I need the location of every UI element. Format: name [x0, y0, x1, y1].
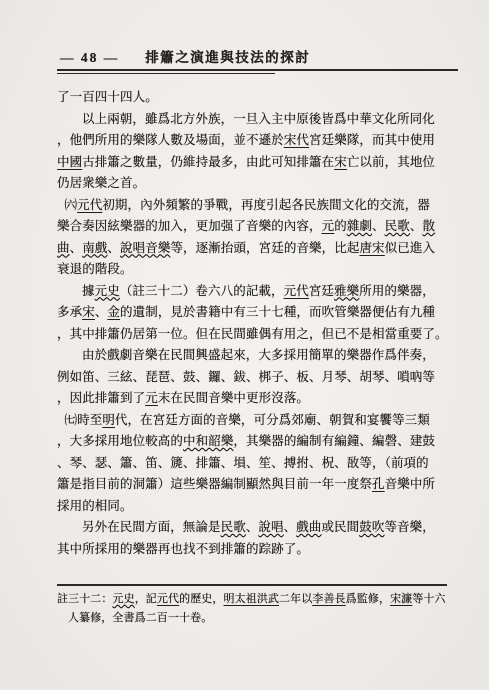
proper-noun-text: 元代: [284, 284, 309, 298]
text-segment: 的遺制，見於書籍中有三十七種，而吹管樂器便佔有九種: [120, 305, 435, 319]
text-segment: 宮廷樂隊，而其中使用: [309, 133, 435, 147]
paragraph: 了一百四十四人。: [57, 87, 447, 109]
text-segment: 亡以前，其地位: [347, 155, 435, 169]
proper-noun-text: 洪武: [257, 593, 279, 605]
text-line: 人纂修，全書爲二百一十卷。: [57, 609, 457, 628]
text-segment: 據: [82, 284, 95, 298]
title-mark-text: 民歌: [385, 219, 410, 233]
running-title: 排簫之演進與技法的探討: [145, 50, 310, 65]
text-segment: ，因此排簫到了: [57, 391, 145, 405]
text-segment: 了一百四十四人。: [57, 90, 158, 104]
title-mark-text: 說唱: [258, 520, 283, 534]
title-mark-text: 民歌: [221, 520, 246, 534]
text-line: 仍居衆樂之首。: [57, 173, 447, 195]
proper-noun-text: 金: [107, 305, 120, 319]
text-line: 中國古排簫之數量，仍維持最多，由此可知排簫在宋亡以前，其地位: [57, 152, 447, 174]
text-line: 簫是指目前的洞簫）這些樂器編制顯然與目前一年一度祭孔音樂中所: [57, 474, 447, 496]
text-segment: 由於戲劇音樂在民間興盛起來，大多採用簡單的樂器作爲伴奏，: [82, 348, 435, 362]
text-line: 、琴、瑟、簫、笛、篪、排簫、塤、笙、搏拊、柷、敔等，（前項的: [57, 453, 447, 475]
text-segment: ，其中排簫仍居第一位。但在民間雖偶有用之，但已不是相當重要了。: [57, 327, 448, 341]
proper-noun-text: 李善長: [312, 593, 345, 605]
paragraph: ㈦時至明代，在宮廷方面的音樂，可分爲郊廟、朝賀和宴饗等三類，大多採用地位較高的中…: [57, 410, 447, 518]
text-line: ，其中排簫仍居第一位。但在民間雖偶有用之，但已不是相當重要了。: [57, 324, 447, 346]
text-line: 以上兩朝，雖爲北方外族，一旦入主中原後皆爲中華文化所同化: [57, 109, 447, 131]
proper-noun-text: 唐宋: [359, 241, 384, 255]
title-mark-text: 鼓吹: [359, 520, 384, 534]
title-mark-text: 戲曲: [296, 520, 321, 534]
paragraph: ㈥元代初期，內外頻繁的爭戰，再度引起各民族間文化的交流，器樂合奏因絃樂器的加入，…: [57, 195, 447, 281]
title-mark-text: 雅樂: [334, 284, 359, 298]
text-line: 多承宋、金的遺制，見於書籍中有三十七種，而吹管樂器便佔有九種: [57, 302, 447, 324]
text-segment: 、: [246, 520, 259, 534]
footnote-rule: [57, 584, 447, 586]
text-segment: 等，逐漸抬頭，宮廷的音樂，比起: [170, 241, 359, 255]
text-line: 由於戲劇音樂在民間興盛起來，大多採用簡單的樂器作爲伴奏，: [57, 345, 447, 367]
proper-noun-text: 元代: [157, 593, 179, 605]
text-segment: 、琴、瑟、簫、笛、篪、排簫、塤、笙、搏拊、柷、敔等，（前項的: [57, 456, 429, 470]
proper-noun-text: 孔: [372, 477, 385, 491]
text-segment: 註三十二：: [57, 593, 113, 605]
text-segment: 宮廷: [309, 284, 334, 298]
text-segment: ㈦時至: [65, 413, 103, 427]
text-segment: 樂合奏因絃樂器的加入，更加强了音樂的內容，: [57, 219, 322, 233]
text-segment: 例如笛、三絃、琵琶、鼓、鑼、鈸、梆子、板、月琴、胡琴、嗩吶等: [57, 370, 435, 384]
text-segment: 、: [372, 219, 385, 233]
proper-noun-text: 宋代: [284, 133, 309, 147]
text-segment: 、: [284, 520, 297, 534]
body-text: 了一百四十四人。以上兩朝，雖爲北方外族，一旦入主中原後皆爲中華文化所同化，他們所…: [57, 87, 447, 560]
proper-noun-text: 元代: [77, 198, 102, 212]
text-segment: ，他們所用的樂隊人數及場面，並不遜於: [57, 133, 284, 147]
text-line: ㈦時至明代，在宮廷方面的音樂，可分爲郊廟、朝賀和宴饗等三類: [57, 410, 447, 432]
paragraph: 以上兩朝，雖爲北方外族，一旦入主中原後皆爲中華文化所同化，他們所用的樂隊人數及場…: [57, 109, 447, 195]
text-line: ，大多採用地位較高的中和韶樂，其樂器的編制有編鐘、編磬、建鼓: [57, 431, 447, 453]
text-segment: 仍居衆樂之首。: [57, 176, 145, 190]
text-line: 了一百四十四人。: [57, 87, 447, 109]
text-segment: 的: [334, 219, 347, 233]
proper-noun-text: 元: [322, 219, 335, 233]
title-mark-text: 元史: [113, 593, 135, 605]
proper-noun-text: 元: [145, 391, 158, 405]
text-segment: 、: [70, 241, 83, 255]
paragraph: 另外在民間方面，無論是民歌、說唱、戲曲或民間鼓吹等音樂，其中所採用的樂器再也找不…: [57, 517, 447, 560]
text-segment: 人纂修，全書爲二百一十卷。: [68, 612, 212, 624]
proper-noun-text: 明: [102, 413, 115, 427]
header-rule-secondary: [57, 73, 275, 74]
text-segment: 、: [95, 305, 108, 319]
text-line: ㈥元代初期，內外頻繁的爭戰，再度引起各民族間文化的交流，器: [57, 195, 447, 217]
text-segment: 似已進入: [385, 241, 435, 255]
text-segment: 末在民間音樂中更形沒落。: [158, 391, 309, 405]
text-segment: 的歷史，: [179, 593, 223, 605]
text-line: 樂合奏因絃樂器的加入，更加强了音樂的內容，元的雜劇、民歌、散: [57, 216, 447, 238]
text-segment: 衰退的階段。: [57, 262, 133, 276]
text-segment: 其中所採用的樂器再也找不到排簫的踪跡了。: [57, 542, 309, 556]
proper-noun-text: 宋: [82, 305, 95, 319]
proper-noun-text: 明太祖: [224, 593, 257, 605]
text-segment: ㈥: [65, 198, 78, 212]
paragraph: 據元史（註三十二）卷六八的記載，元代宮廷雅樂所用的樂器，多承宋、金的遺制，見於書…: [57, 281, 447, 346]
title-mark-text: 中和韶樂: [183, 434, 233, 448]
text-segment: 等音樂，: [384, 520, 434, 534]
text-segment: ，記: [135, 593, 157, 605]
footnote: 註三十二：元史，記元代的歷史，明太祖洪武二年以李善長爲監修，宋濂等十六人纂修，全…: [57, 590, 457, 627]
text-line: ，他們所用的樂隊人數及場面，並不遜於宋代宮廷樂隊，而其中使用: [57, 130, 447, 152]
text-segment: 、: [107, 241, 120, 255]
text-segment: 爲監修，: [346, 593, 390, 605]
text-segment: 多承: [57, 305, 82, 319]
title-mark-text: 南戲: [82, 241, 107, 255]
proper-noun-text: 中國: [57, 155, 82, 169]
text-segment: 所用的樂器，: [359, 284, 435, 298]
page-number: — 48 —: [60, 50, 119, 65]
text-segment: 代，在宮廷方面的音樂，可分爲郊廟、朝賀和宴饗等三類: [115, 413, 430, 427]
text-segment: 初期，內外頻繁的爭戰，再度引起各民族間文化的交流，器: [102, 198, 430, 212]
text-line: 衰退的階段。: [57, 259, 447, 281]
page-header: — 48 —排簫之演進與技法的探討: [60, 46, 310, 66]
text-segment: 等十六: [412, 593, 445, 605]
title-mark-text: 雜劇: [347, 219, 372, 233]
title-mark-text: 曲: [57, 241, 70, 255]
text-segment: （註三十二）卷六八的記載，: [120, 284, 284, 298]
header-rule: [57, 69, 458, 71]
paragraph: 由於戲劇音樂在民間興盛起來，大多採用簡單的樂器作爲伴奏，例如笛、三絃、琵琶、鼓、…: [57, 345, 447, 410]
text-segment: 採用的相同。: [57, 499, 133, 513]
text-segment: 以上兩朝，雖爲北方外族，一旦入主中原後皆爲中華文化所同化: [82, 112, 435, 126]
title-mark-text: 說唱音樂: [120, 241, 170, 255]
text-line: 曲、南戲、說唱音樂等，逐漸抬頭，宮廷的音樂，比起唐宋似已進入: [57, 238, 447, 260]
proper-noun-text: 宋: [334, 155, 347, 169]
text-segment: 二年以: [279, 593, 312, 605]
title-mark-text: 散: [422, 219, 435, 233]
text-segment: 另外在民間方面，無論是: [82, 520, 221, 534]
text-line: 註三十二：元史，記元代的歷史，明太祖洪武二年以李善長爲監修，宋濂等十六: [57, 590, 457, 609]
text-segment: 或民間: [321, 520, 359, 534]
title-mark-text: 元史: [95, 284, 120, 298]
scanned-page: — 48 —排簫之演進與技法的探討 了一百四十四人。以上兩朝，雖爲北方外族，一旦…: [0, 0, 489, 690]
text-line: 其中所採用的樂器再也找不到排簫的踪跡了。: [57, 539, 447, 561]
text-segment: 簫是指目前的洞簫）這些樂器編制顯然與目前一年一度祭: [57, 477, 372, 491]
text-segment: ，大多採用地位較高的: [57, 434, 183, 448]
text-line: ，因此排簫到了元末在民間音樂中更形沒落。: [57, 388, 447, 410]
text-line: 例如笛、三絃、琵琶、鼓、鑼、鈸、梆子、板、月琴、胡琴、嗩吶等: [57, 367, 447, 389]
text-segment: 音樂中所: [385, 477, 435, 491]
text-segment: ，其樂器的編制有編鐘、編磬、建鼓: [233, 434, 435, 448]
text-line: 另外在民間方面，無論是民歌、說唱、戲曲或民間鼓吹等音樂，: [57, 517, 447, 539]
text-line: 採用的相同。: [57, 496, 447, 518]
proper-noun-text: 宋濂: [390, 593, 412, 605]
text-segment: 、: [410, 219, 423, 233]
text-line: 據元史（註三十二）卷六八的記載，元代宮廷雅樂所用的樂器，: [57, 281, 447, 303]
text-segment: 古排簫之數量，仍維持最多，由此可知排簫在: [82, 155, 334, 169]
